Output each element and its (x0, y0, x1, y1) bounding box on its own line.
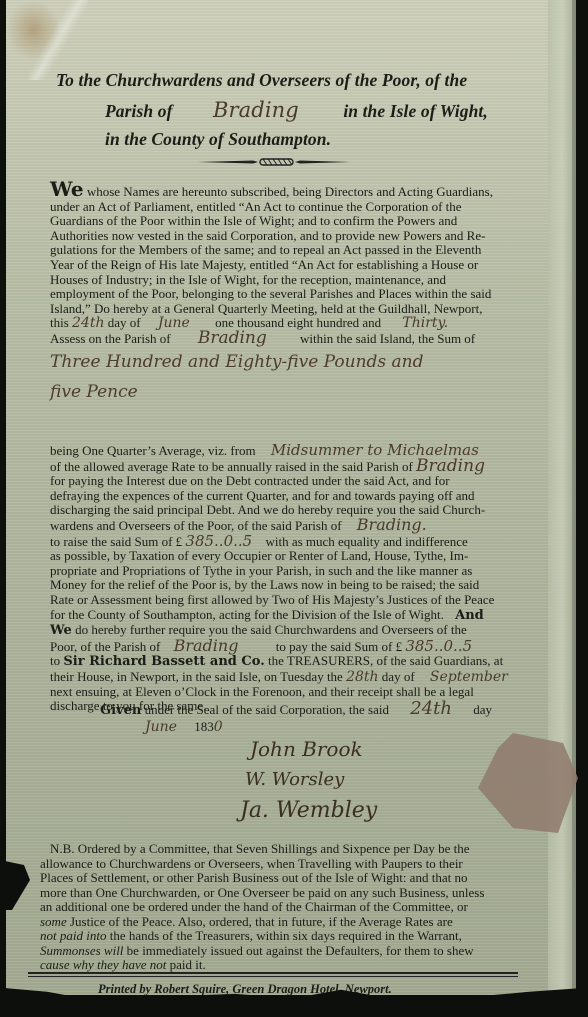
payment-day: 28th (346, 669, 378, 685)
footer-rule-thin (28, 976, 518, 977)
nb-line: paid it. (170, 957, 206, 972)
nb-italic: cause why they have not (40, 957, 166, 972)
meeting-day: 24th (72, 315, 104, 331)
body-line: employment of the Poor, belonging to the… (50, 287, 542, 302)
pay-middle: to pay the said Sum of £ (276, 639, 402, 654)
meeting-month: June (158, 315, 190, 331)
assess-label: Assess on the Parish of (50, 331, 171, 346)
body-line: propriate and Propriations of Tythe in y… (50, 564, 542, 579)
given-year-printed: 183 (194, 719, 214, 734)
heading-line-2: Parish of Brading in the Isle of Wight, (105, 98, 588, 122)
paper-fold (28, 0, 88, 80)
footer-rule (28, 972, 518, 974)
average-label: being One Quarter’s Average, viz. from (50, 443, 256, 458)
body-line: Year of the Reign of His late Majesty, e… (50, 258, 542, 273)
background-right (576, 0, 588, 1017)
we-blackletter: We (50, 177, 84, 201)
house-dayof: day of (382, 669, 415, 684)
wardens-parish: Brading. (357, 515, 427, 534)
and-blackletter: And (455, 608, 484, 623)
further-text: do hereby further require you the said C… (75, 622, 467, 637)
given-month: June (145, 719, 177, 735)
body-line: defraying the expences of the current Qu… (50, 489, 542, 504)
wardens-label: wardens and Overseers of the Poor, of th… (50, 518, 342, 533)
assess-parish: Brading (198, 328, 267, 348)
sum-words-line-1: Three Hundred and Eighty-five Pounds and (50, 347, 550, 377)
body-line: under an Act of Parliament, entitled “An… (50, 200, 542, 215)
heading-line-3: in the County of Southampton. (105, 129, 588, 150)
house-label: their House, in Newport, in the said Isl… (50, 669, 343, 684)
treasurer-name: Sir Richard Bassett and Co. (63, 654, 264, 669)
nb-line: the hands of the Treasurers, within six … (110, 928, 462, 943)
body-line: Guardians of the Poor within the Isle of… (50, 214, 542, 229)
day-of-label: day of (108, 315, 141, 330)
we-blackletter-2: We (50, 623, 72, 638)
body-line: Money for the relief of the Poor is, by … (50, 578, 542, 593)
heading-parish-name: Brading (213, 98, 299, 122)
body-line: as possible, by Taxation of every Occupi… (50, 549, 542, 564)
pay-amount: 385..0..5 (405, 637, 472, 655)
body-line: for the County of Southampton, acting fo… (50, 607, 444, 622)
nb-italic: some (40, 914, 67, 929)
sum-words-line-2: five Pence (50, 377, 550, 407)
nb-line: N.B. Ordered by a Committee, that Seven … (40, 842, 540, 857)
heading-line-1: To the Churchwardens and Overseers of th… (56, 70, 546, 91)
ornament-divider (198, 158, 350, 166)
given-year-hand: 0 (214, 719, 223, 735)
signature-3: Ja. Wembley (240, 798, 377, 823)
rate-label: of the allowed average Rate to be annual… (50, 459, 413, 474)
nb-line: be immediately issued out against the De… (127, 943, 474, 958)
pay-parish: Brading (174, 636, 239, 655)
paper-right-edge (548, 0, 576, 1000)
payment-month: September (430, 669, 508, 685)
nb-italic: not paid into (40, 928, 106, 943)
treasurer-suffix: the TREASURERS, of the said Guardians, a… (268, 653, 503, 668)
body-line: Authorities now vested in the said Corpo… (50, 229, 542, 244)
assess-suffix: within the said Island, the Sum of (300, 331, 475, 346)
meeting-year: Thirty. (402, 315, 448, 331)
raise-suffix: with as much equality and indifference (265, 534, 467, 549)
body-line: whose Names are hereunto subscribed, bei… (87, 184, 493, 199)
body-line: next ensuing, at Eleven o’Clock in the F… (50, 685, 542, 700)
body-line: Rate or Assessment being first allowed b… (50, 593, 542, 608)
given-day: 24th (410, 698, 452, 719)
nb-line: more than One Churchwarden, or One Overs… (40, 886, 540, 901)
given-line: Given under the Seal of the said Corpora… (100, 702, 520, 719)
body-line: for paying the Interest due on the Debt … (50, 474, 542, 489)
body-line: Island,” Do hereby at a General Quarterl… (50, 302, 542, 317)
this-label: this (50, 315, 69, 330)
nb-notice: N.B. Ordered by a Committee, that Seven … (40, 842, 540, 973)
signature-1: John Brook (250, 737, 363, 761)
given-day-word: day (473, 702, 492, 717)
sum-in-words: Three Hundred and Eighty-five Pounds and… (50, 347, 550, 407)
given-date: June 1830 (145, 720, 345, 735)
given-blackletter: Given (100, 703, 141, 718)
signature-2: W. Worsley (245, 769, 344, 790)
nb-line: an additional one be ordered under the h… (40, 900, 540, 915)
nb-line: Places of Settlement, or other Parish Bu… (40, 871, 540, 886)
body-paragraph-1: We whose Names are hereunto subscribed, … (50, 182, 542, 347)
given-text: under the Seal of the said Corporation, … (145, 702, 389, 717)
heading-isle: in the Isle of Wight, (343, 101, 488, 121)
nb-italic: Summonses will (40, 943, 123, 958)
body-line: Houses of Industry; in the Isle of Wight… (50, 273, 542, 288)
body-line: discharging the said principal Debt. And… (50, 503, 542, 518)
raise-label: to raise the said Sum of £ (50, 534, 182, 549)
nb-line: Justice of the Peace. Also, ordered, tha… (70, 914, 453, 929)
pay-label: Poor, of the Parish of (50, 639, 160, 654)
heading-parish-label: Parish of (105, 101, 173, 121)
nb-line: allowance to Churchwardens or Overseers,… (40, 857, 540, 872)
to-label: to (50, 653, 60, 668)
body-line: gulations for the Members of the same; a… (50, 243, 542, 258)
body-paragraph-2: being One Quarter’s Average, viz. from M… (50, 443, 542, 714)
raise-amount: 385..0..5 (185, 532, 252, 550)
